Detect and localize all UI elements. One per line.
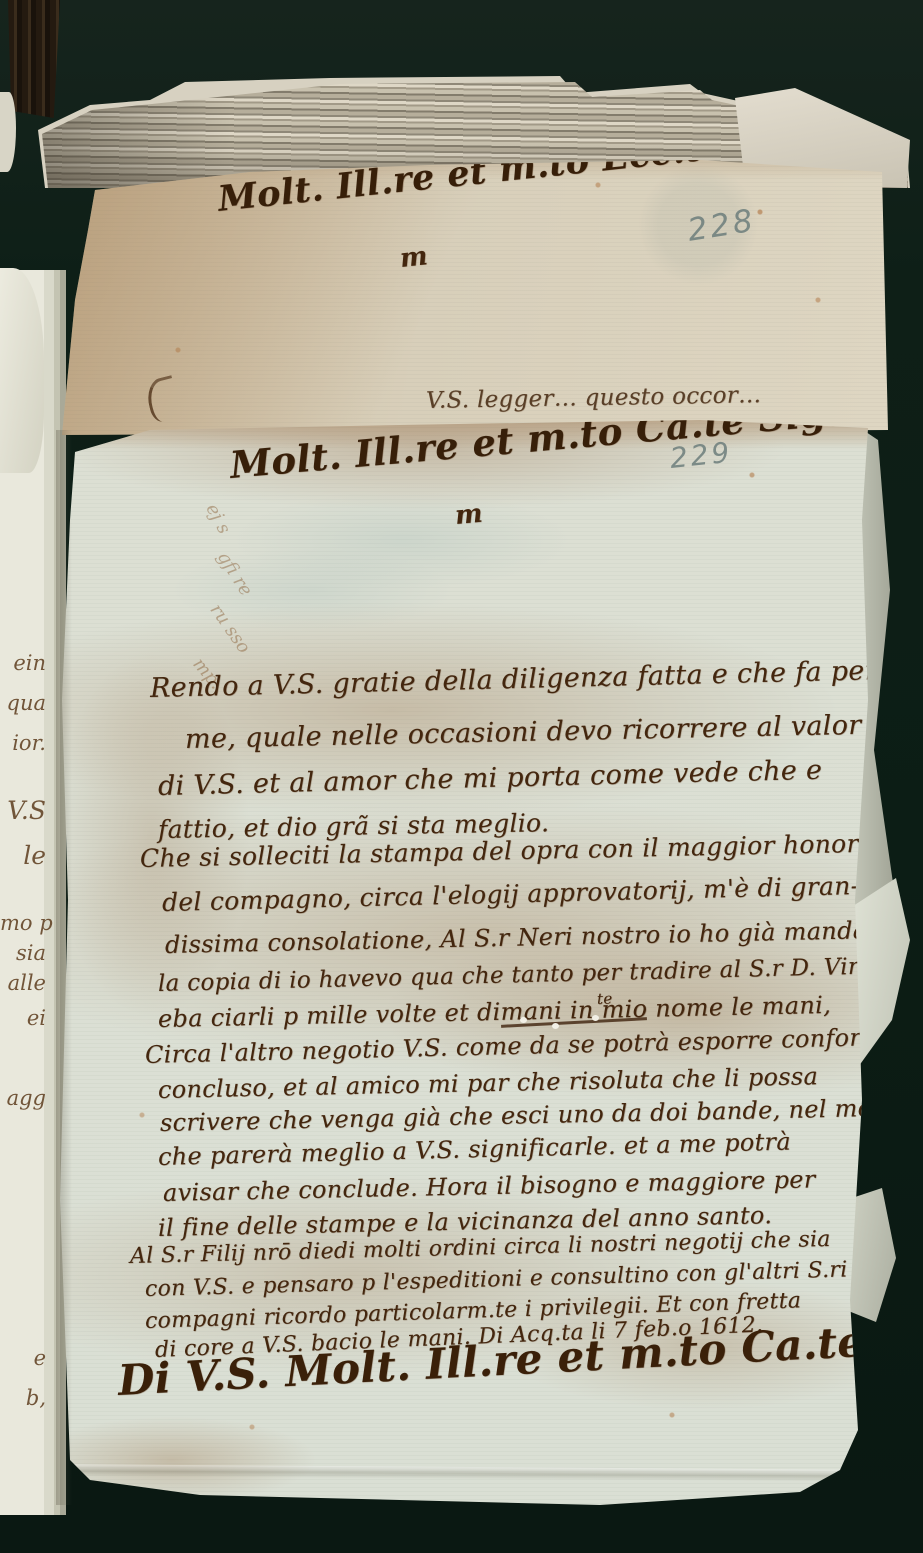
fold-crease [72,1464,864,1482]
handwriting-fragment: ei [0,1008,49,1029]
handwriting-fragment: ior. [0,733,49,754]
paper-scrap-top-left [0,92,16,172]
right-page-corner [850,878,920,1070]
handwriting-fragment: alle [0,973,49,994]
partially-hidden-line: V.S. legger… questo occor… [426,384,762,413]
ink-showthrough-marks: ru sso [206,601,252,657]
handwriting-fragment: sia [0,943,49,964]
handwriting-fragment: qua [0,693,49,714]
handwriting-fragment: le [0,843,49,868]
ink-showthrough-marks: ej s [202,501,233,537]
handwriting-line: che parerà meglio a V.S. significarle. e… [158,1130,791,1169]
handwriting-line: la copia di io havevo qua che tanto per … [158,955,890,996]
handwriting-fragment: mo p [0,913,49,934]
letter-page-229: Molt. Ill.re et m.to Ca.te Sig.r come fr… [52,415,890,1515]
handwriting-fragment: ein [0,653,49,674]
bundle-spine [8,0,60,118]
page-number: 229 [669,439,734,473]
handwriting-line: eba ciarli p mille volte et dimani in mi… [158,993,831,1031]
handwriting-fragment: agg [0,1088,49,1109]
paraph-flourish: m [399,243,429,272]
correction-speck [592,1015,599,1021]
paraph-flourish: m [454,501,484,529]
handwriting-line: Rendo a V.S. gratie della diligenza fatt… [150,657,878,702]
handwriting-line: avisar che conclude. Hora il bisogno e m… [163,1167,816,1205]
ink-showthrough-marks: gfi re [214,549,255,600]
correction-speck [552,1023,559,1029]
handwriting-line: di V.S. et al amor che mi porta come ved… [158,757,823,800]
handwriting-line: dissima consolatione, Al S.r Neri nostro… [165,918,890,957]
handwriting-fragment: e [0,1348,49,1369]
letter-page-228: Molt. Ill.re et m.to Ecc.te Sig.r come f… [58,150,888,435]
handwriting-fragment: V.S [0,798,49,823]
handwriting-line: del compagno, circa l'elogij approvatori… [162,873,860,915]
interlinear-insertion: te [597,991,613,1007]
correction-speck [520,1017,527,1023]
archive-photo: ein qua ior. V.S le mo p sia alle ei agg… [0,0,923,1553]
handwriting-line: me, quale nelle occasioni devo ricorrere… [185,712,862,753]
handwriting-fragment: b, [0,1388,49,1409]
